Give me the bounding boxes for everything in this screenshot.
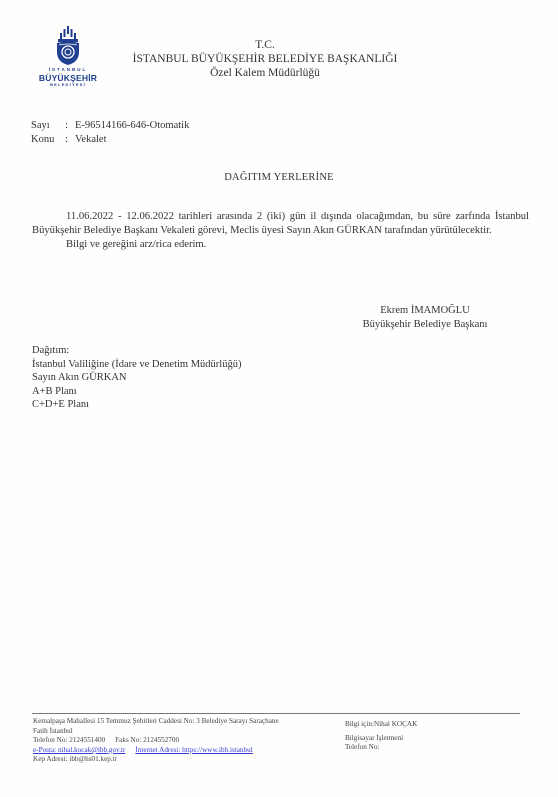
footer-address-block: Kemalpaşa Mahallesi 15 Temmuz Şehitleri … [33, 717, 279, 765]
body-paragraph-2: Bilgi ve gereğini arz/rica ederim. [32, 238, 529, 252]
signatory-title: Büyükşehir Belediye Başkanı [330, 318, 520, 332]
signatory-name: Ekrem İMAMOĞLU [330, 304, 520, 318]
meta-separator: : [65, 119, 75, 133]
footer-contact-block: Bilgi için:Nihal KOÇAK Bilgisayar İşletm… [345, 720, 417, 753]
footer-info-phone: Telefon No: [345, 743, 417, 753]
distribution-item: İstanbul Valiliğine (İdare ve Denetim Mü… [32, 358, 241, 372]
meta-subject-row: Konu : Vekalet [31, 133, 189, 147]
logo-text-istanbul: İSTANBUL [38, 68, 98, 73]
footer-phone: Telefon No: 2124551400 [33, 736, 105, 744]
recipient-heading: DAĞITIM YERLERİNE [0, 172, 558, 183]
footer-email-link[interactable]: e-Posta: nihal.kocak@ibb.gov.tr [33, 746, 125, 754]
body-paragraph-1: 11.06.2022 - 12.06.2022 tarihleri arasın… [32, 210, 529, 238]
distribution-item: A+B Planı [32, 385, 241, 399]
logo-text-buyuksehir: BÜYÜKŞEHİR [38, 74, 98, 83]
footer-info-role: Bilgisayar İşletmeni [345, 734, 417, 744]
meta-subject-value: Vekalet [75, 133, 107, 147]
ibb-logo: İSTANBUL BÜYÜKŞEHİR BELEDİYESİ [38, 26, 98, 98]
footer-info-contact: Bilgi için:Nihal KOÇAK [345, 720, 417, 730]
footer-website-link[interactable]: İnternet Adresi: https://www.ibb.istanbu… [135, 746, 252, 754]
document-header: T.C. İSTANBUL BÜYÜKŞEHİR BELEDİYE BAŞKAN… [130, 38, 400, 80]
distribution-item: Sayın Akın GÜRKAN [32, 371, 241, 385]
meta-separator: : [65, 133, 75, 147]
footer-address-line-2: Fatih İstanbul [33, 727, 279, 737]
footer-divider [32, 713, 520, 714]
footer-fax: Faks No: 2124552700 [115, 736, 179, 744]
header-tc: T.C. [130, 38, 400, 52]
meta-number-label: Sayı [31, 119, 65, 133]
distribution-item: C+D+E Planı [32, 398, 241, 412]
ibb-emblem-icon [53, 26, 83, 66]
logo-text-belediyesi: BELEDİYESİ [38, 83, 98, 87]
meta-number-row: Sayı : E-96514166-646-Otomatik [31, 119, 189, 133]
footer-phone-fax: Telefon No: 2124551400Faks No: 212455270… [33, 736, 279, 746]
letter-body: 11.06.2022 - 12.06.2022 tarihleri arasın… [32, 210, 529, 252]
distribution-list: Dağıtım: İstanbul Valiliğine (İdare ve D… [32, 344, 241, 412]
header-institution: İSTANBUL BÜYÜKŞEHİR BELEDİYE BAŞKANLIĞI [130, 52, 400, 66]
header-department: Özel Kalem Müdürlüğü [130, 66, 400, 80]
meta-number-value: E-96514166-646-Otomatik [75, 119, 189, 133]
footer-address-line-1: Kemalpaşa Mahallesi 15 Temmuz Şehitleri … [33, 717, 279, 727]
document-meta: Sayı : E-96514166-646-Otomatik Konu : Ve… [31, 119, 189, 147]
meta-subject-label: Konu [31, 133, 65, 147]
footer-links: e-Posta: nihal.kocak@ibb.gov.trİnternet … [33, 746, 279, 756]
distribution-title: Dağıtım: [32, 344, 241, 358]
footer-kep: Kep Adresi: ibb@hs01.kep.tr [33, 755, 279, 765]
signature-block: Ekrem İMAMOĞLU Büyükşehir Belediye Başka… [330, 304, 520, 332]
